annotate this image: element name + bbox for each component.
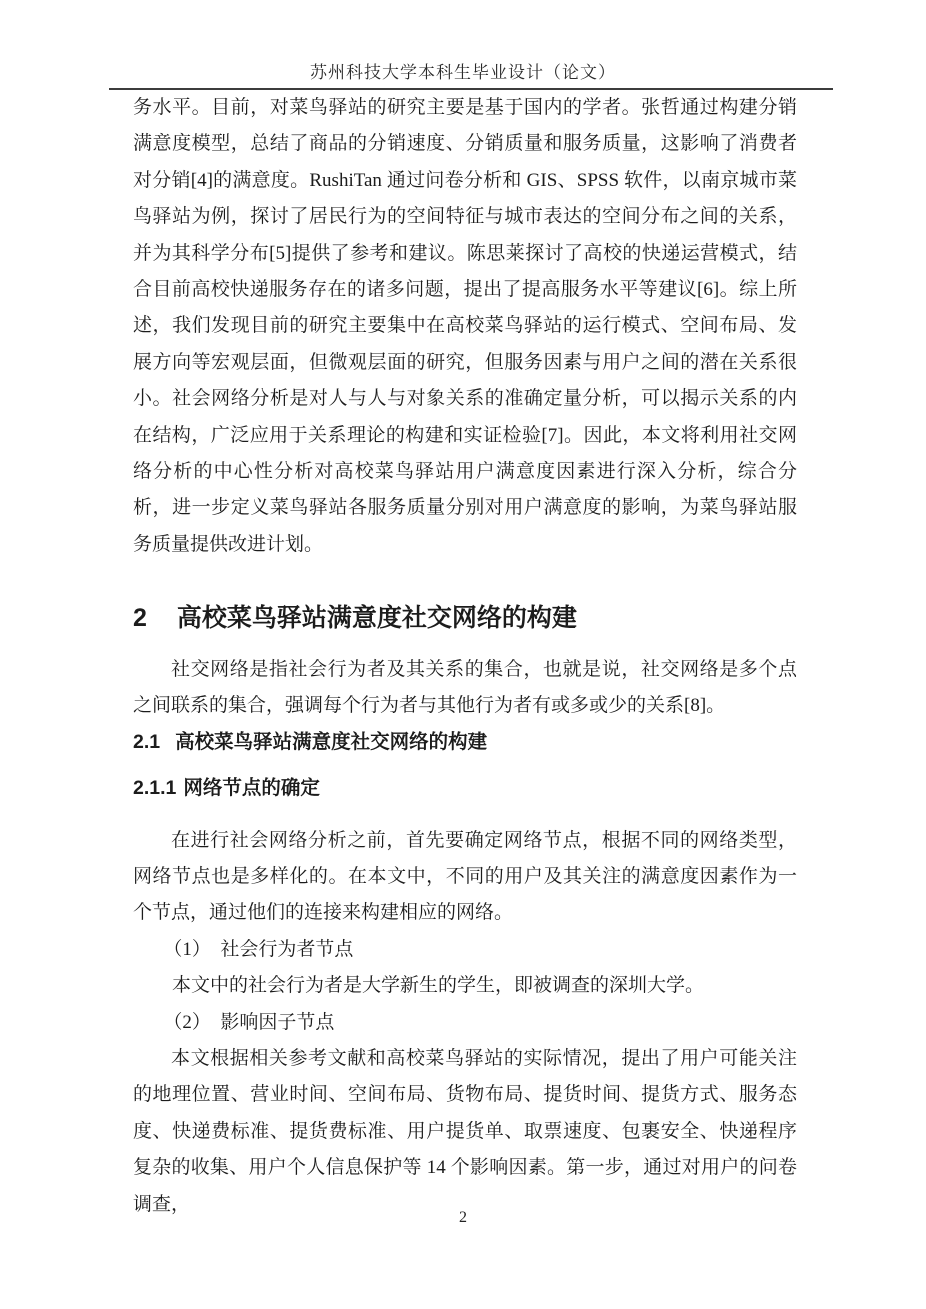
- thesis-page: 苏州科技大学本科生毕业设计（论文） 务水平。目前，对菜鸟驿站的研究主要是基于国内…: [0, 0, 926, 1309]
- section-2-1-number: 2.1: [133, 731, 160, 753]
- running-header-title: 苏州科技大学本科生毕业设计（论文）: [0, 0, 926, 84]
- list-item-1-text: 本文中的社会行为者是大学新生的学生，即被调查的深圳大学。: [133, 968, 797, 1004]
- list-item-1-label: （1） 社会行为者节点: [133, 932, 797, 968]
- social-network-paragraph: 社交网络是指社会行为者及其关系的集合，也就是说，社交网络是多个点之间联系的集合，…: [133, 652, 797, 725]
- section-2-title: 高校菜鸟驿站满意度社交网络的构建: [177, 604, 577, 632]
- section-2-1-1-title: 网络节点的确定: [183, 777, 320, 799]
- nodes-paragraph: 在进行社会网络分析之前，首先要确定网络节点，根据不同的网络类型，网络节点也是多样…: [133, 823, 797, 932]
- section-2-number: 2: [133, 604, 147, 632]
- section-2-1-1-number: 2.1.1: [133, 777, 176, 799]
- section-2-1-title: 高校菜鸟驿站满意度社交网络的构建: [175, 731, 487, 753]
- intro-paragraph: 务水平。目前，对菜鸟驿站的研究主要是基于国内的学者。张哲通过构建分销满意度模型，…: [133, 90, 797, 563]
- factors-paragraph: 本文根据相关参考文献和高校菜鸟驿站的实际情况，提出了用户可能关注的地理位置、营业…: [133, 1041, 797, 1223]
- section-2-1-1-heading: 2.1.1网络节点的确定: [133, 773, 797, 803]
- section-2-heading: 2高校菜鸟驿站满意度社交网络的构建: [133, 601, 797, 635]
- page-body: 务水平。目前，对菜鸟驿站的研究主要是基于国内的学者。张哲通过构建分销满意度模型，…: [133, 90, 797, 1223]
- page-number: 2: [0, 1208, 926, 1228]
- section-2-1-heading: 2.1高校菜鸟驿站满意度社交网络的构建: [133, 727, 797, 757]
- list-item-2-label: （2） 影响因子节点: [133, 1005, 797, 1041]
